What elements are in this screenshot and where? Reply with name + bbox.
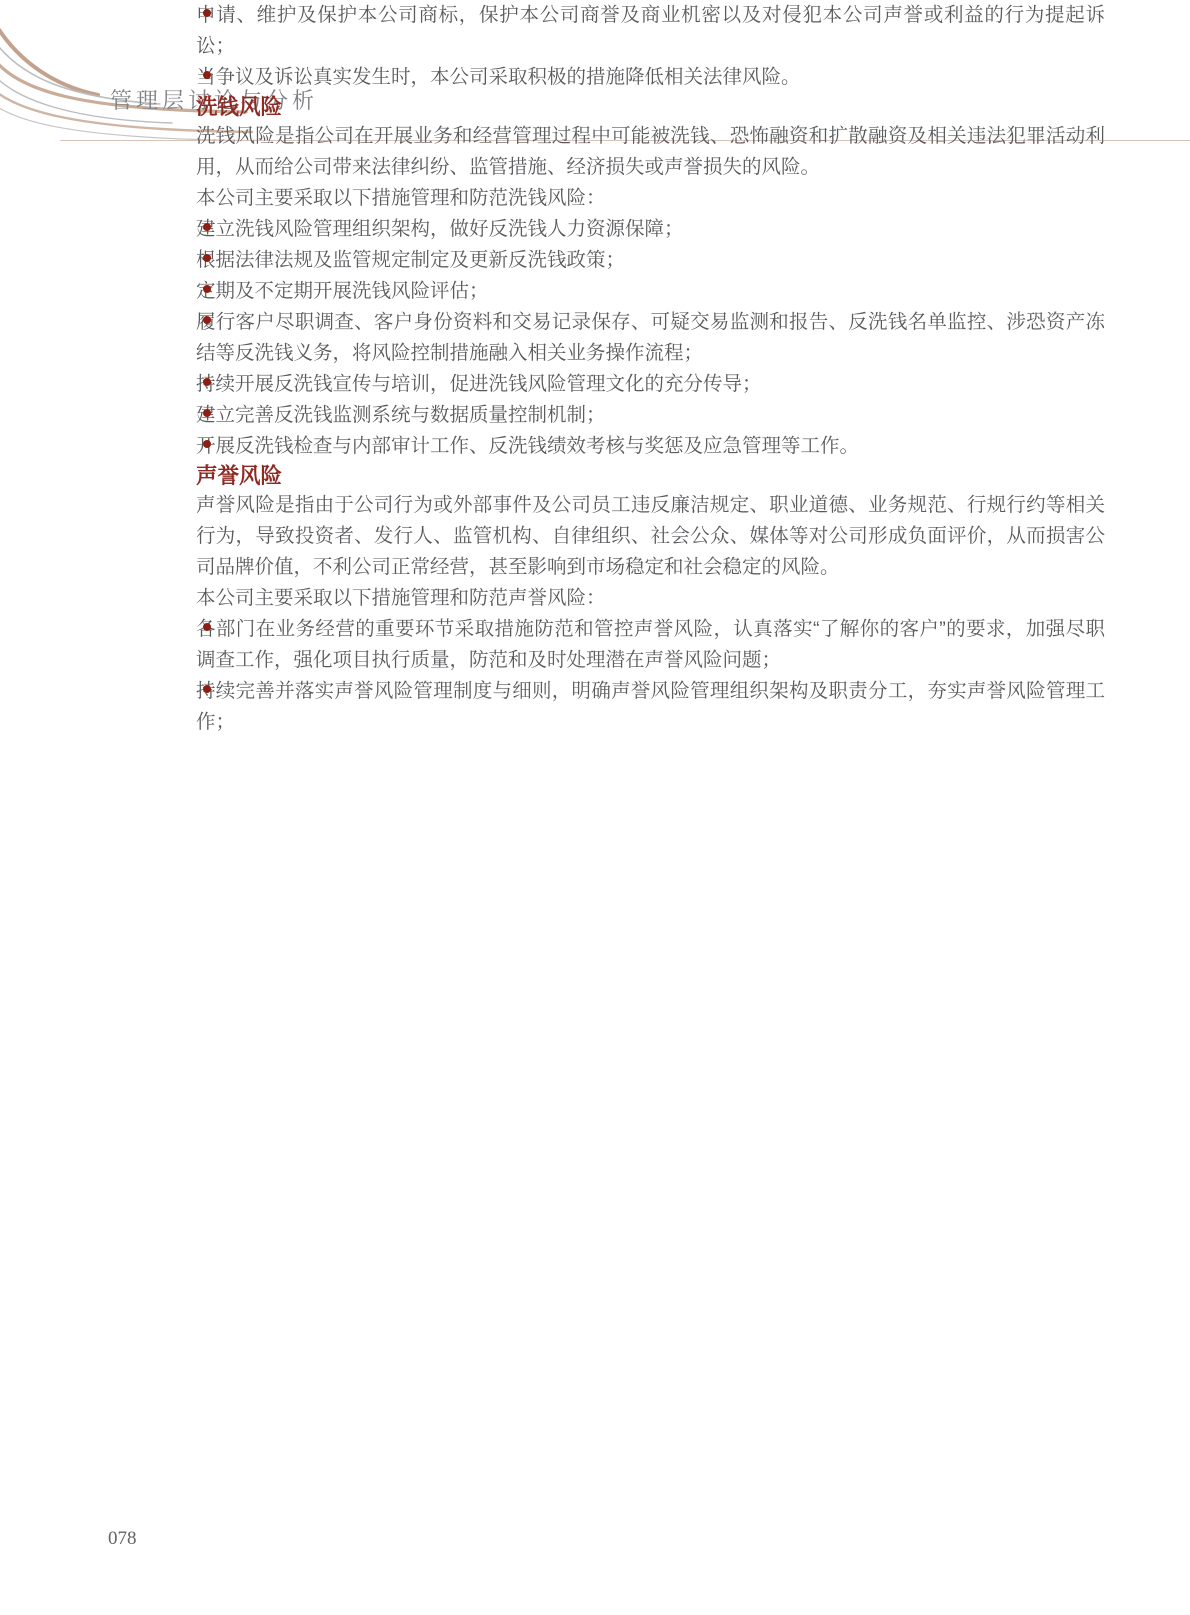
list-item: 当争议及诉讼真实发生时，本公司采取积极的措施降低相关法律风险。 (196, 62, 1105, 93)
bullet-ring-icon (203, 223, 211, 231)
section-intro-paragraph: 声誉风险是指由于公司行为或外部事件及公司员工违反廉洁规定、职业道德、业务规范、行… (196, 490, 1105, 583)
list-item: 建立完善反洗钱监测系统与数据质量控制机制； (196, 400, 1105, 431)
list-item-text: 履行客户尽职调查、客户身份资料和交易记录保存、可疑交易监测和报告、反洗钱名单监控… (196, 311, 1105, 364)
money-laundering-measures-list: 建立洗钱风险管理组织架构，做好反洗钱人力资源保障； 根据法律法规及监管规定制定及… (196, 214, 1105, 462)
list-item: 建立洗钱风险管理组织架构，做好反洗钱人力资源保障； (196, 214, 1105, 245)
bullet-ring-icon (203, 685, 211, 693)
section-heading-reputation-risk: 声誉风险 (196, 462, 1105, 490)
measures-lead-paragraph: 本公司主要采取以下措施管理和防范洗钱风险： (196, 183, 1105, 214)
list-item-text: 定期及不定期开展洗钱风险评估； (196, 280, 489, 302)
bullet-ring-icon (203, 378, 211, 386)
bullet-ring-icon (203, 440, 211, 448)
bullet-ring-icon (203, 623, 211, 631)
list-item-text: 当争议及诉讼真实发生时，本公司采取积极的措施降低相关法律风险。 (196, 66, 801, 88)
list-item-text: 申请、维护及保护本公司商标，保护本公司商誉及商业机密以及对侵犯本公司声誉或利益的… (196, 4, 1105, 57)
legal-risk-measures-list: 申请、维护及保护本公司商标，保护本公司商誉及商业机密以及对侵犯本公司声誉或利益的… (196, 0, 1105, 93)
list-item: 根据法律法规及监管规定制定及更新反洗钱政策； (196, 245, 1105, 276)
list-item-text: 各部门在业务经营的重要环节采取措施防范和管控声誉风险，认真落实“了解你的客户”的… (196, 618, 1105, 671)
list-item: 持续开展反洗钱宣传与培训，促进洗钱风险管理文化的充分传导； (196, 369, 1105, 400)
list-item: 各部门在业务经营的重要环节采取措施防范和管控声誉风险，认真落实“了解你的客户”的… (196, 614, 1105, 676)
bullet-ring-icon (203, 9, 211, 17)
list-item: 申请、维护及保护本公司商标，保护本公司商誉及商业机密以及对侵犯本公司声誉或利益的… (196, 0, 1105, 62)
list-item: 履行客户尽职调查、客户身份资料和交易记录保存、可疑交易监测和报告、反洗钱名单监控… (196, 307, 1105, 369)
bullet-ring-icon (203, 285, 211, 293)
list-item: 持续完善并落实声誉风险管理制度与细则，明确声誉风险管理组织架构及职责分工，夯实声… (196, 676, 1105, 738)
bullet-ring-icon (203, 71, 211, 79)
section-heading-money-laundering-risk: 洗钱风险 (196, 93, 1105, 121)
page-number: 078 (108, 1528, 137, 1550)
list-item-text: 持续开展反洗钱宣传与培训，促进洗钱风险管理文化的充分传导； (196, 373, 762, 395)
reputation-measures-list: 各部门在业务经营的重要环节采取措施防范和管控声誉风险，认真落实“了解你的客户”的… (196, 614, 1105, 738)
list-item: 定期及不定期开展洗钱风险评估； (196, 276, 1105, 307)
list-item: 开展反洗钱检查与内部审计工作、反洗钱绩效考核与奖惩及应急管理等工作。 (196, 431, 1105, 462)
bullet-ring-icon (203, 254, 211, 262)
section-intro-paragraph: 洗钱风险是指公司在开展业务和经营管理过程中可能被洗钱、恐怖融资和扩散融资及相关违… (196, 121, 1105, 183)
list-item-text: 建立洗钱风险管理组织架构，做好反洗钱人力资源保障； (196, 218, 684, 240)
document-body: 申请、维护及保护本公司商标，保护本公司商誉及商业机密以及对侵犯本公司声誉或利益的… (196, 0, 1105, 738)
list-item-text: 开展反洗钱检查与内部审计工作、反洗钱绩效考核与奖惩及应急管理等工作。 (196, 435, 859, 457)
measures-lead-paragraph: 本公司主要采取以下措施管理和防范声誉风险： (196, 583, 1105, 614)
bullet-ring-icon (203, 316, 211, 324)
list-item-text: 建立完善反洗钱监测系统与数据质量控制机制； (196, 404, 606, 426)
list-item-text: 持续完善并落实声誉风险管理制度与细则，明确声誉风险管理组织架构及职责分工，夯实声… (196, 680, 1105, 733)
bullet-ring-icon (203, 409, 211, 417)
list-item-text: 根据法律法规及监管规定制定及更新反洗钱政策； (196, 249, 625, 271)
